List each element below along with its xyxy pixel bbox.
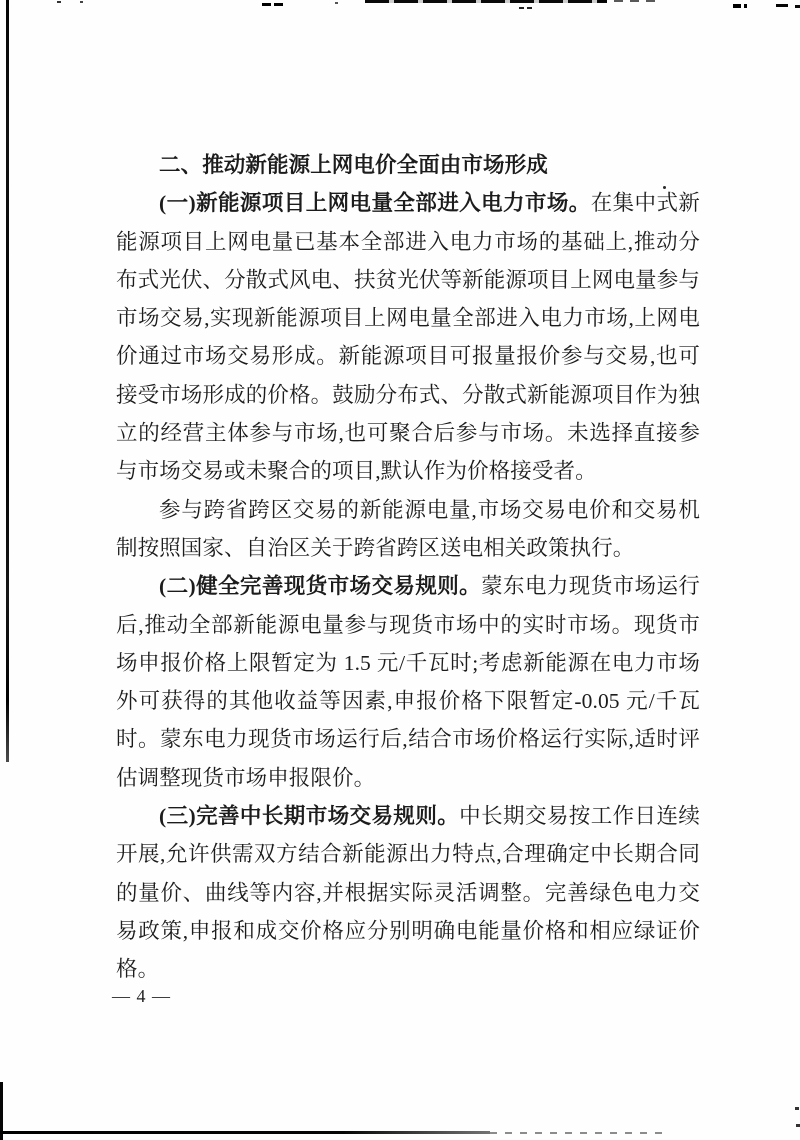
scan-edge-bottom-line-faint — [490, 1132, 670, 1134]
paragraph-4-body: 中长期交易按工作日连续开展,允许供需双方结合新能源出力特点,合理确定中长期合同的… — [116, 804, 700, 981]
scan-speck — [80, 1, 83, 3]
scan-edge-bottom-line — [0, 1131, 490, 1134]
paragraph-2: 参与跨省跨区交易的新能源电量,市场交易电价和交易机制按照国家、自治区关于跨省跨区… — [116, 491, 700, 568]
scan-speck — [795, 1107, 799, 1110]
scan-speck — [796, 1124, 800, 1127]
scan-dash — [733, 4, 747, 8]
scan-speck — [335, 2, 338, 4]
paragraph-2-body: 参与跨省跨区交易的新能源电量,市场交易电价和交易机制按照国家、自治区关于跨省跨区… — [116, 498, 700, 560]
scan-edge-top-line-faint — [598, 0, 656, 2]
paragraph-4: (三)完善中长期市场交易规则。中长期交易按工作日连续开展,允许供需双方结合新能源… — [116, 797, 700, 988]
scan-dash — [776, 4, 788, 7]
document-content: 二、推动新能源上网电价全面由市场形成 (一)新能源项目上网电量全部进入电力市场。… — [116, 146, 700, 989]
scan-dash — [795, 5, 800, 8]
scan-dash — [262, 3, 285, 6]
scan-corner-bottom-left — [0, 1082, 3, 1140]
paragraph-3-lead: (二)健全完善现货市场交易规则。 — [159, 574, 481, 598]
paragraph-3-body: 蒙东电力现货市场运行后,推动全部新能源电量参与现货市场中的实时市场。现货市场申报… — [116, 574, 700, 789]
paragraph-3: (二)健全完善现货市场交易规则。蒙东电力现货市场运行后,推动全部新能源电量参与现… — [116, 567, 700, 797]
scanned-document-page: 二、推动新能源上网电价全面由市场形成 (一)新能源项目上网电量全部进入电力市场。… — [0, 0, 800, 1140]
scan-edge-top-line — [365, 0, 607, 3]
scan-edge-left-line — [6, 0, 9, 762]
scan-dash — [519, 7, 532, 9]
paragraph-1: (一)新能源项目上网电量全部进入电力市场。在集中式新能源项目上网电量已基本全部进… — [116, 184, 700, 490]
section-heading: 二、推动新能源上网电价全面由市场形成 — [116, 146, 700, 184]
paragraph-1-body: 在集中式新能源项目上网电量已基本全部进入电力市场的基础上,推动分布式光伏、分散式… — [116, 191, 700, 483]
paragraph-1-lead: (一)新能源项目上网电量全部进入电力市场。 — [159, 191, 591, 215]
scan-speck — [57, 1, 61, 3]
paragraph-4-lead: (三)完善中长期市场交易规则。 — [159, 804, 459, 828]
page-number: — 4 — — [112, 986, 171, 1007]
